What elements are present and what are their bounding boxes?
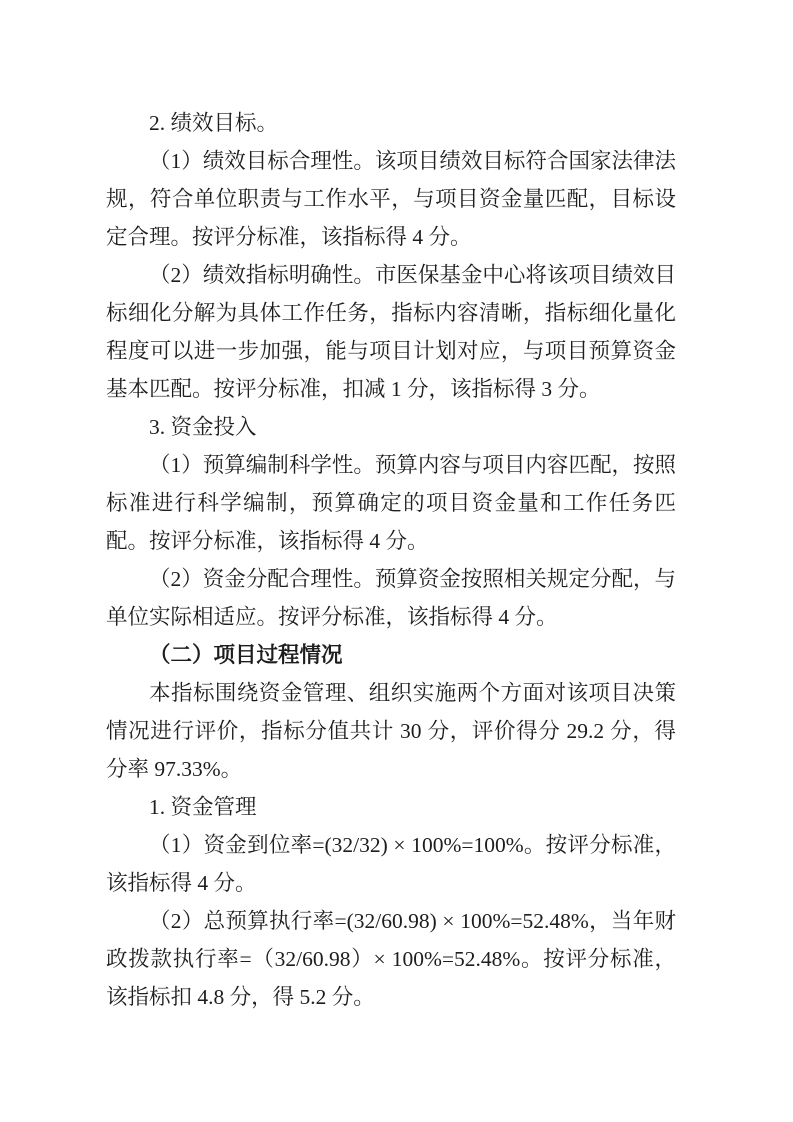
section-heading-project-process: （二）项目过程情况	[106, 636, 676, 674]
para-fund-arrival-rate: （1）资金到位率=(32/32) × 100%=100%。按评分标准，该指标得 …	[106, 826, 676, 902]
list-item-2-performance-targets: 2. 绩效目标。	[106, 104, 676, 142]
para-fund-allocation-rationality: （2）资金分配合理性。预算资金按照相关规定分配，与单位实际相适应。按评分标准，该…	[106, 560, 676, 636]
para-budget-preparation-science: （1）预算编制科学性。预算内容与项目内容匹配，按照标准进行科学编制，预算确定的项…	[106, 446, 676, 560]
para-process-evaluation-overview: 本指标围绕资金管理、组织实施两个方面对该项目决策情况进行评价，指标分值共计 30…	[106, 674, 676, 788]
para-performance-target-rationality: （1）绩效目标合理性。该项目绩效目标符合国家法律法规，符合单位职责与工作水平，与…	[106, 142, 676, 256]
list-item-1-fund-management: 1. 资金管理	[106, 788, 676, 826]
para-budget-execution-rate: （2）总预算执行率=(32/60.98) × 100%=52.48%，当年财政拨…	[106, 902, 676, 1016]
para-performance-indicator-clarity: （2）绩效指标明确性。市医保基金中心将该项目绩效目标细化分解为具体工作任务，指标…	[106, 256, 676, 408]
document-page: 2. 绩效目标。 （1）绩效目标合理性。该项目绩效目标符合国家法律法规，符合单位…	[0, 0, 793, 1122]
list-item-3-fund-input: 3. 资金投入	[106, 408, 676, 446]
document-text-block: 2. 绩效目标。 （1）绩效目标合理性。该项目绩效目标符合国家法律法规，符合单位…	[106, 104, 676, 1016]
